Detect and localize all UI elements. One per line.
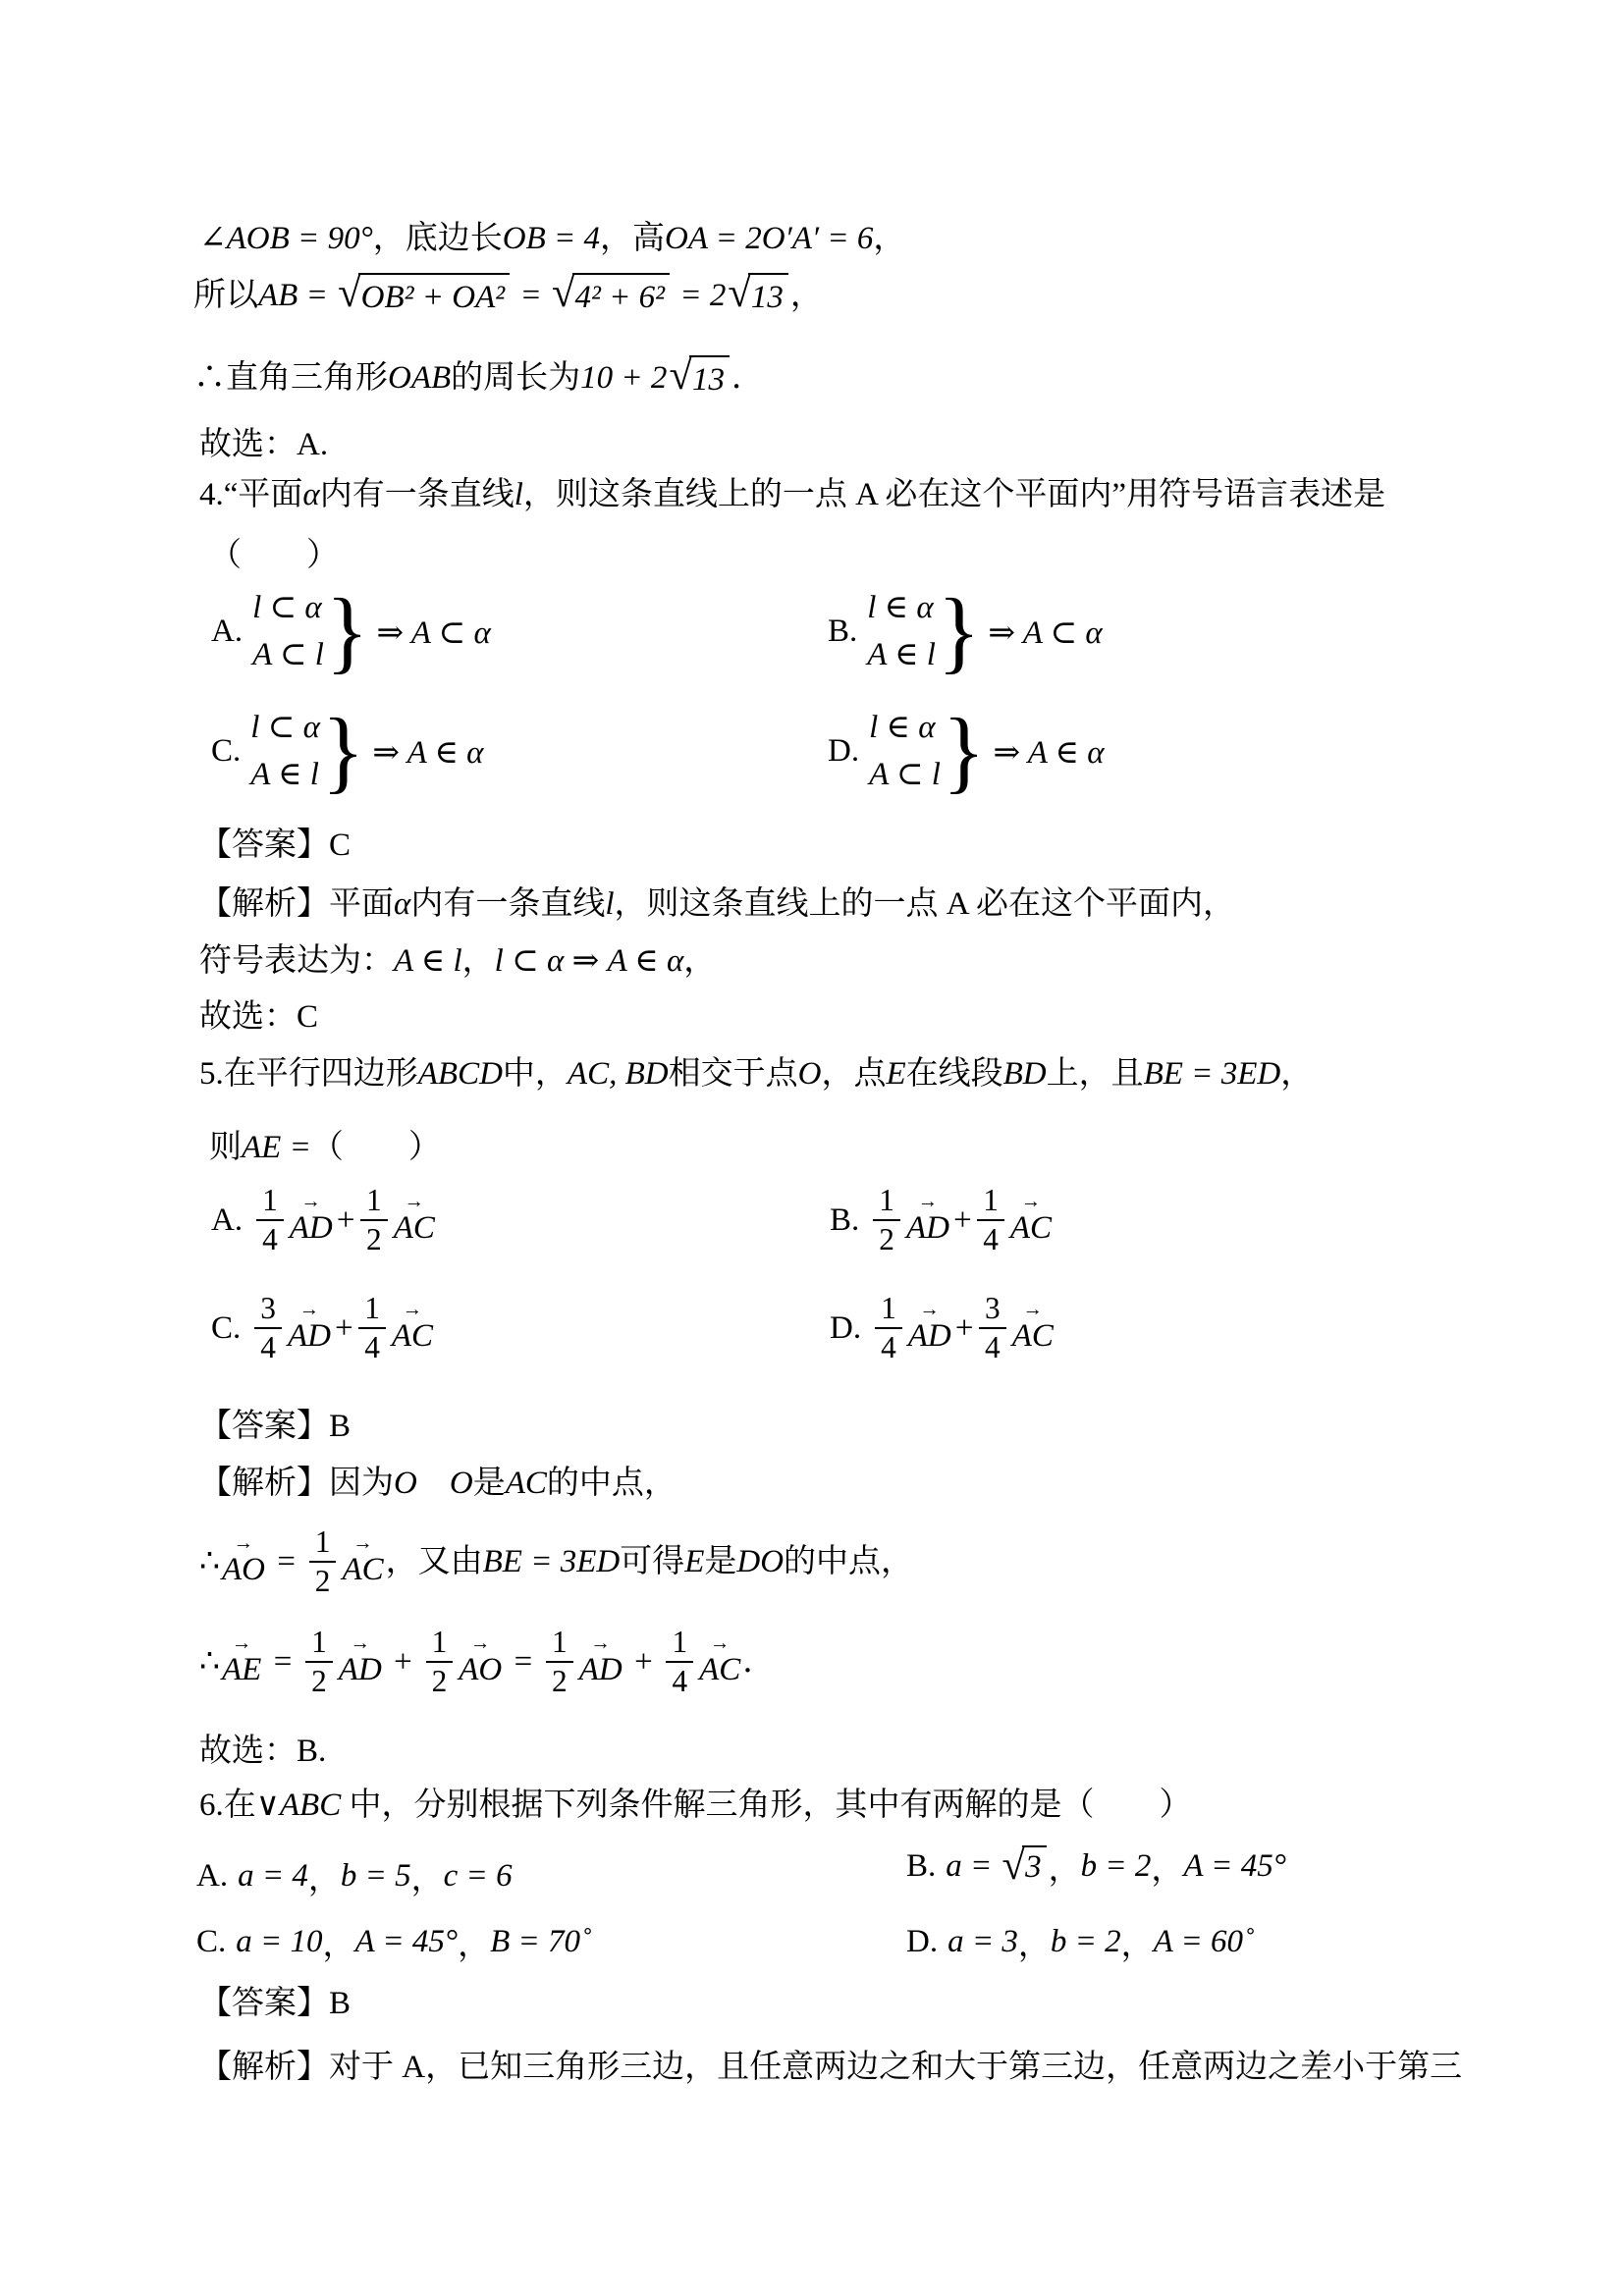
q4-option-d-label: D. — [828, 733, 859, 770]
q5-analysis-line-1: 【解析】因为O O是AC的中点， — [199, 1463, 677, 1505]
q5-option-d: D. 14→AD+34→AC — [830, 1291, 1056, 1365]
q4-option-d: D. l ∈ αA ⊂ l} ⇒ A ∈ α — [828, 705, 1105, 799]
q6-option-a: A. a = 4，b = 5，c = 6 — [196, 1853, 513, 1899]
q5-choice-line: 故选：B. — [199, 1731, 326, 1773]
q3-solution-line-1: ∠AOB = 90°，底边长OB = 4，高OA = 2O′A′ = 6， — [199, 218, 905, 260]
q5-analysis-line-2: ∴→AO = 12→AC，又由BE = 3ED可得E是DO的中点， — [199, 1524, 913, 1599]
q5-option-b-formula: 12→AD+14→AC — [869, 1183, 1054, 1257]
q4-option-c-label: C. — [211, 733, 241, 770]
q6-option-d-formula: a = 3，b = 2，A = 60˚ — [947, 1919, 1254, 1965]
q5-option-a: A. 14→AD+12→AC — [211, 1183, 437, 1257]
q4-analysis-line-1: 【解析】平面α内有一条直线l，则这条直线上的一点 A 必在这个平面内， — [199, 883, 1235, 926]
q5-option-c-formula: 34→AD+14→AC — [250, 1291, 435, 1365]
q6-analysis-line-1: 【解析】对于 A，已知三角形三边，且任意两边之和大于第三边，任意两边之差小于第三 — [199, 2047, 1462, 2089]
q5-option-d-label: D. — [830, 1310, 861, 1347]
q4-option-d-formula: l ∈ αA ⊂ l} ⇒ A ∈ α — [869, 705, 1104, 799]
q4-option-b-formula: l ∈ αA ∈ l} ⇒ A ⊂ α — [867, 585, 1102, 679]
q6-option-c-formula: a = 10，A = 45°，B = 70˚ — [236, 1919, 591, 1965]
q6-answer: 【答案】B — [199, 1983, 351, 2025]
q6-option-a-label: A. — [196, 1858, 228, 1895]
q3-solution-line-2: 所以AB = √OB² + OA² = √4² + 6² = 2√13， — [193, 273, 823, 319]
q4-answer: 【答案】C — [199, 825, 351, 867]
q6-option-b: B. a = √3，b = 2，A = 45° — [906, 1843, 1286, 1890]
q4-option-a: A. l ⊂ αA ⊂ l} ⇒ A ⊂ α — [211, 585, 491, 679]
q5-analysis-line-3: ∴→AE = 12→AD + 12→AO = 12→AD + 14→AC． — [199, 1625, 775, 1699]
q5-option-b-label: B. — [830, 1202, 859, 1239]
q5-option-a-formula: 14→AD+12→AC — [252, 1183, 437, 1257]
q6-option-d: D. a = 3，b = 2，A = 60˚ — [906, 1919, 1254, 1965]
q4-analysis-line-2: 符号表达为：A ∈ l，l ⊂ α ⇒ A ∈ α， — [199, 940, 716, 983]
q5-option-c: C. 34→AD+14→AC — [211, 1291, 435, 1365]
q4-choice-line: 故选：C — [199, 996, 318, 1039]
q3-solution-line-3: ∴直角三角形OAB的周长为10 + 2√13． — [193, 355, 764, 401]
q5-option-c-label: C. — [211, 1310, 241, 1347]
q5-option-b: B. 12→AD+14→AC — [830, 1183, 1054, 1257]
q6-option-c: C. a = 10，A = 45°，B = 70˚ — [196, 1919, 591, 1965]
q3-choice-line: 故选：A. — [199, 424, 328, 466]
q6-option-b-label: B. — [906, 1848, 936, 1885]
exam-solution-page: ∠AOB = 90°，底边长OB = 4，高OA = 2O′A′ = 6， 所以… — [0, 0, 1624, 2296]
q4-stem: 4.“平面α内有一条直线l，则这条直线上的一点 A 必在这个平面内”用符号语言表… — [199, 474, 1385, 516]
q5-answer: 【答案】B — [199, 1406, 351, 1448]
q4-paren: （ ） — [209, 535, 339, 577]
q4-option-a-formula: l ⊂ αA ⊂ l} ⇒ A ⊂ α — [252, 585, 491, 679]
q6-option-d-label: D. — [906, 1924, 938, 1960]
q6-option-a-formula: a = 4，b = 5，c = 6 — [238, 1853, 512, 1899]
q4-option-c-formula: l ⊂ αA ∈ l} ⇒ A ∈ α — [250, 705, 483, 799]
q4-option-b-label: B. — [828, 614, 857, 650]
q6-option-b-formula: a = √3，b = 2，A = 45° — [946, 1843, 1286, 1890]
q5-stem-line-2: 则AE =（ ） — [209, 1127, 441, 1169]
q5-option-a-label: A. — [211, 1202, 243, 1239]
q6-stem: 6.在∨ABC 中，分别根据下列条件解三角形，其中有两解的是（ ） — [199, 1785, 1191, 1827]
q6-option-c-label: C. — [196, 1924, 226, 1960]
q4-option-c: C. l ⊂ αA ∈ l} ⇒ A ∈ α — [211, 705, 483, 799]
q4-option-b: B. l ∈ αA ∈ l} ⇒ A ⊂ α — [828, 585, 1103, 679]
q4-option-a-label: A. — [211, 614, 243, 650]
q5-option-d-formula: 14→AD+34→AC — [871, 1291, 1056, 1365]
q5-stem: 5.在平行四边形ABCD中，AC, BD相交于点O，点E在线段BD上，且BE =… — [199, 1053, 1313, 1095]
